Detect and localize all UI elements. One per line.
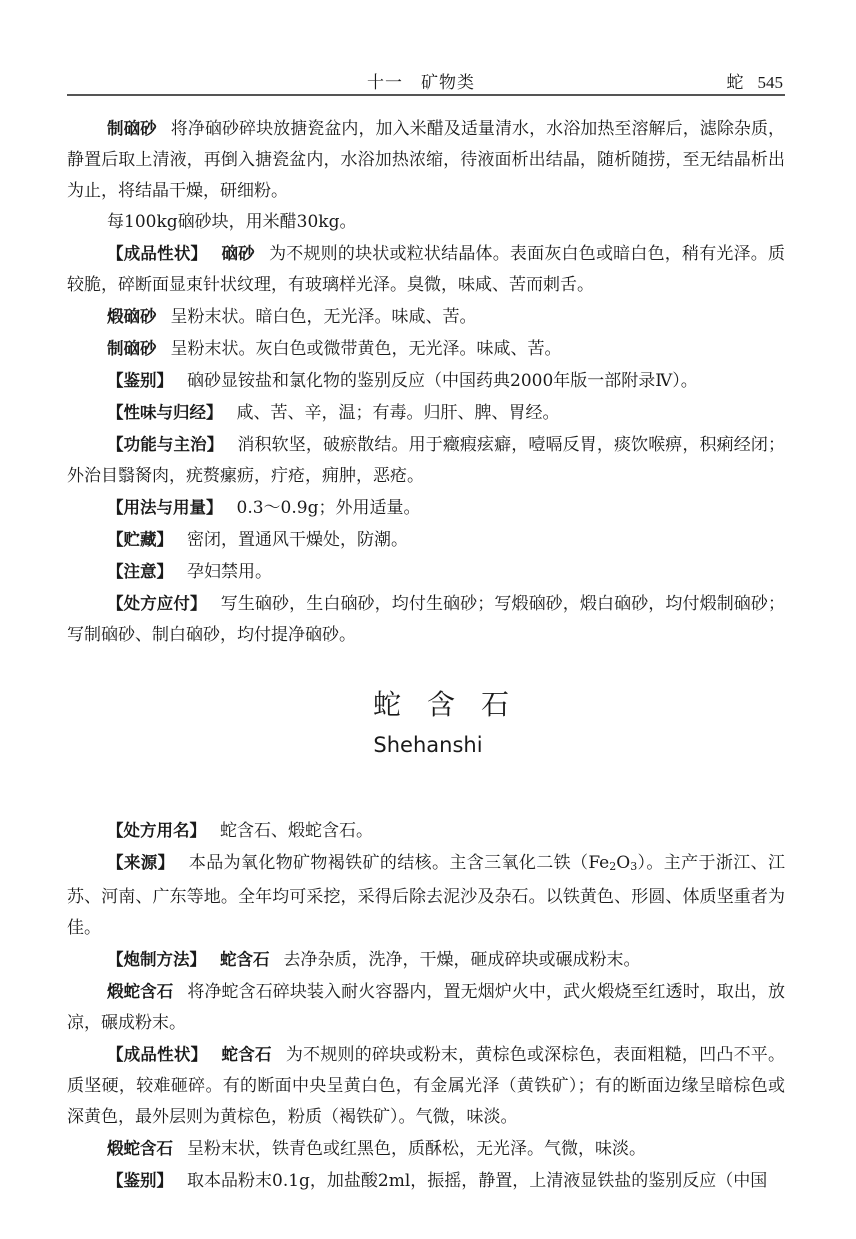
paragraph: 煅硇砂呈粉末状。暗白色，无光泽。味咸、苦。	[67, 301, 785, 333]
paragraph-text: O	[616, 853, 630, 873]
paragraph-label: 【鉴别】	[107, 1171, 173, 1190]
paragraph: 【来源】本品为氧化物矿物褐铁矿的结核。主含三氧化二铁（Fe2O3）。主产于浙江、…	[67, 847, 785, 944]
paragraph-label: 【注意】	[107, 562, 173, 581]
paragraph-sublabel: 蛇含石	[220, 950, 270, 969]
paragraph: 【功能与主治】消积软坚，破瘀散结。用于癥瘕痃癖，噎嗝反胃，痰饮喉痹，积痢经闭；外…	[67, 429, 785, 492]
paragraph: 【处方用名】蛇含石、煅蛇含石。	[67, 815, 785, 847]
paragraph: 【炮制方法】蛇含石去净杂质，洗净，干燥，砸成碎块或碾成粉末。	[67, 944, 785, 976]
paragraph-text: 硇砂显铵盐和氯化物的鉴别反应（中国药典2000年版一部附录Ⅳ）。	[187, 371, 698, 391]
paragraph: 【成品性状】硇砂为不规则的块状或粒状结晶体。表面灰白色或暗白色，稍有光泽。质较脆…	[67, 238, 785, 301]
paragraph-sublabel: 硇砂	[221, 244, 255, 263]
paragraph-label: 【来源】	[107, 853, 174, 872]
paragraph: 煅蛇含石呈粉末状，铁青色或红黑色，质酥松，无光泽。气微，味淡。	[67, 1133, 785, 1165]
paragraph: 【鉴别】硇砂显铵盐和氯化物的鉴别反应（中国药典2000年版一部附录Ⅳ）。	[67, 365, 785, 397]
header-rule	[67, 94, 785, 96]
paragraph-text: 呈粉末状。暗白色，无光泽。味咸、苦。	[171, 307, 477, 327]
paragraph-label: 【成品性状】	[107, 244, 207, 263]
paragraph-text: 去净杂质，洗净，干燥，砸成碎块或碾成粉末。	[284, 950, 641, 970]
paragraph: 每100kg硇砂块，用米醋30kg。	[67, 207, 785, 238]
paragraph-label: 煅硇砂	[107, 307, 157, 326]
section-naosha-continued: 制硇砂将净硇砂碎块放搪瓷盆内，加入米醋及适量清水，水浴加热至溶解后，滤除杂质，静…	[67, 113, 785, 651]
paragraph-text: 咸、苦、辛，温；有毒。归肝、脾、胃经。	[237, 403, 560, 423]
section-shehanshi: 【处方用名】蛇含石、煅蛇含石。 【来源】本品为氧化物矿物褐铁矿的结核。主含三氧化…	[67, 815, 785, 1197]
paragraph-text: 密闭，置通风干燥处，防潮。	[187, 530, 408, 550]
paragraph: 【成品性状】蛇含石为不规则的碎块或粉末，黄棕色或深棕色，表面粗糙，凹凸不平。质坚…	[67, 1039, 785, 1133]
paragraph-text: 0.3～0.9g；外用适量。	[237, 498, 421, 518]
paragraph: 制硇砂呈粉末状。灰白色或微带黄色，无光泽。味咸、苦。	[67, 333, 785, 365]
paragraph-text: 将净蛇含石碎块装入耐火容器内，置无烟炉火中，武火煅烧至红透时，取出，放凉，碾成粉…	[67, 982, 785, 1033]
paragraph-text: 孕妇禁用。	[187, 562, 272, 582]
paragraph-label: 【处方用名】	[107, 821, 206, 840]
paragraph: 制硇砂将净硇砂碎块放搪瓷盆内，加入米醋及适量清水，水浴加热至溶解后，滤除杂质，静…	[67, 113, 785, 207]
paragraph: 【贮藏】密闭，置通风干燥处，防潮。	[67, 524, 785, 556]
running-head-entry: 蛇	[727, 73, 744, 93]
paragraph-text: 每100kg硇砂块，用米醋30kg。	[107, 212, 356, 232]
paragraph-text: 取本品粉末0.1g，加盐酸2ml，振摇，静置，上清液显铁盐的鉴别反应（中国	[187, 1171, 767, 1191]
paragraph-label: 【炮制方法】	[107, 950, 206, 969]
paragraph-label: 【成品性状】	[107, 1045, 207, 1064]
paragraph-sublabel: 蛇含石	[221, 1045, 271, 1064]
entry-pinyin: Shehanshi	[0, 733, 856, 757]
paragraph-label: 【用法与用量】	[107, 498, 223, 517]
paragraph: 【鉴别】取本品粉末0.1g，加盐酸2ml，振摇，静置，上清液显铁盐的鉴别反应（中…	[67, 1165, 785, 1197]
paragraph-label: 制硇砂	[107, 119, 157, 138]
page-number: 545	[758, 73, 784, 92]
paragraph-text: 蛇含石、煅蛇含石。	[220, 821, 373, 841]
paragraph-text: 本品为氧化物矿物褐铁矿的结核。主含三氧化二铁（Fe	[188, 853, 609, 873]
paragraph: 【用法与用量】0.3～0.9g；外用适量。	[67, 492, 785, 524]
paragraph: 【处方应付】写生硇砂，生白硇砂，均付生硇砂；写煅硇砂，煅白硇砂，均付煅制硇砂；写…	[67, 588, 785, 651]
paragraph: 煅蛇含石将净蛇含石碎块装入耐火容器内，置无烟炉火中，武火煅烧至红透时，取出，放凉…	[67, 976, 785, 1039]
paragraph-text: 呈粉末状，铁青色或红黑色，质酥松，无光泽。气微，味淡。	[187, 1139, 646, 1159]
paragraph-label: 【性味与归经】	[107, 403, 223, 422]
entry-title: 蛇含石	[0, 683, 856, 723]
paragraph-text: 将净硇砂碎块放搪瓷盆内，加入米醋及适量清水，水浴加热至溶解后，滤除杂质，静置后取…	[67, 119, 785, 201]
running-head: 蛇545	[727, 68, 784, 93]
paragraph-label: 煅蛇含石	[107, 982, 173, 1001]
paragraph-label: 煅蛇含石	[107, 1139, 173, 1158]
paragraph-label: 【处方应付】	[107, 594, 207, 613]
paragraph: 【注意】孕妇禁用。	[67, 556, 785, 588]
paragraph-label: 【贮藏】	[107, 530, 173, 549]
paragraph: 【性味与归经】咸、苦、辛，温；有毒。归肝、脾、胃经。	[67, 397, 785, 429]
paragraph-label: 【功能与主治】	[107, 435, 223, 454]
paragraph-label: 制硇砂	[107, 339, 157, 358]
page-header: 十一 矿物类 蛇545	[67, 66, 785, 94]
paragraph-text: 呈粉末状。灰白色或微带黄色，无光泽。味咸、苦。	[171, 339, 562, 359]
chapter-title: 十一 矿物类	[367, 68, 475, 93]
paragraph-label: 【鉴别】	[107, 371, 173, 390]
